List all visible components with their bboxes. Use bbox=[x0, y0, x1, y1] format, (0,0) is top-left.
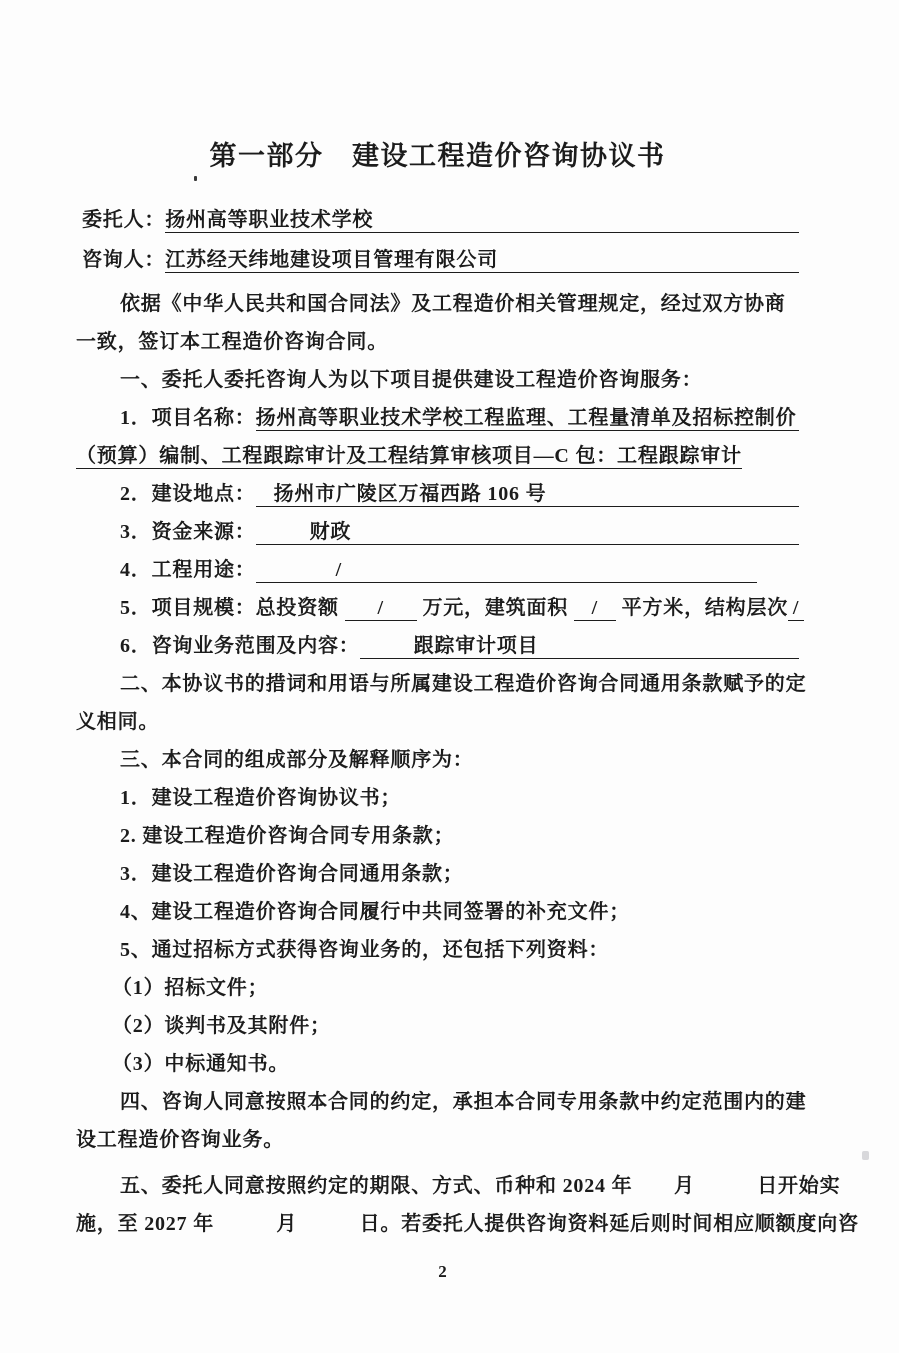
item-project-scale-blank-structure: / bbox=[788, 596, 804, 621]
section5-line-2: 施，至 2027 年 月 日。若委托人提供咨询资料延后则时间相应顺额度向咨 bbox=[76, 1205, 799, 1243]
item-project-name-value-2: （预算）编制、工程跟踪审计及工程结算审核项目—C 包：工程跟踪审计 bbox=[76, 444, 742, 469]
field-consultant: 咨询人： 江苏经天纬地建设项目管理有限公司 bbox=[82, 240, 799, 280]
item-service-scope-label: 6．咨询业务范围及内容： bbox=[120, 627, 360, 665]
item-service-scope-underline: 跟踪审计项目 bbox=[360, 634, 799, 659]
section2-line-2: 义相同。 bbox=[76, 703, 799, 741]
contract-body: 第一部分 建设工程造价咨询协议书 委托人： 扬州高等职业技术学校 咨询人： 江苏… bbox=[0, 0, 899, 1353]
field-client-value: 扬州高等职业技术学校 bbox=[165, 209, 373, 231]
section3-item-5: 5、通过招标方式获得咨询业务的，还包括下列资料： bbox=[120, 931, 799, 969]
item-project-scale-text-2: 万元，建筑面积 bbox=[422, 597, 568, 619]
item-project-scale-blank-area: / bbox=[574, 596, 616, 621]
item-funding-source: 3．资金来源： 财政 bbox=[120, 513, 799, 551]
item-project-name-label: 1．项目名称： bbox=[120, 399, 256, 437]
field-client-underline: 扬州高等职业技术学校 bbox=[165, 208, 799, 233]
item-location-value: 扬州市广陵区万福西路 106 号 bbox=[274, 483, 547, 505]
item-funding-source-value: 财政 bbox=[310, 521, 352, 543]
page-title: 第一部分 建设工程造价咨询协议书 bbox=[76, 136, 799, 176]
section2-line-1: 二、本协议书的措词和用语与所属建设工程造价咨询合同通用条款赋予的定 bbox=[120, 665, 799, 703]
item-project-name: 1．项目名称： 扬州高等职业技术学校工程监理、工程量清单及招标控制价 bbox=[120, 399, 799, 437]
field-consultant-label: 咨询人： bbox=[82, 240, 165, 280]
item-location-label: 2．建设地点： bbox=[120, 475, 256, 513]
section3-heading: 三、本合同的组成部分及解释顺序为： bbox=[120, 741, 799, 779]
item-project-scale-text-3: 平方米，结构层次 bbox=[622, 597, 788, 619]
section5-line-1: 五、委托人同意按照约定的期限、方式、币种和 2024 年 月 日开始实 bbox=[120, 1167, 799, 1205]
item-project-use-label: 4．工程用途： bbox=[120, 551, 256, 589]
section3-subitem-1: （1）招标文件； bbox=[112, 969, 799, 1007]
item-funding-source-underline: 财政 bbox=[256, 520, 799, 545]
item-project-name-continued: （预算）编制、工程跟踪审计及工程结算审核项目—C 包：工程跟踪审计 bbox=[76, 437, 799, 475]
item-project-name-underline: 扬州高等职业技术学校工程监理、工程量清单及招标控制价 bbox=[256, 406, 799, 431]
document-page: 第一部分 建设工程造价咨询协议书 委托人： 扬州高等职业技术学校 咨询人： 江苏… bbox=[0, 0, 899, 1353]
field-consultant-underline: 江苏经天纬地建设项目管理有限公司 bbox=[165, 248, 799, 273]
section3-subitem-2: （2）谈判书及其附件； bbox=[112, 1007, 799, 1045]
section3-item-4: 4、建设工程造价咨询合同履行中共同签署的补充文件； bbox=[120, 893, 799, 931]
item-project-scale-text-1: 总投资额 bbox=[256, 597, 339, 619]
intro-line-2: 一致，签订本工程造价咨询合同。 bbox=[76, 323, 799, 361]
item-project-use-value: / bbox=[336, 559, 342, 581]
section1-heading: 一、委托人委托咨询人为以下项目提供建设工程造价咨询服务： bbox=[120, 361, 799, 399]
field-client-label: 委托人： bbox=[82, 200, 165, 240]
page-number: 2 bbox=[0, 1262, 885, 1282]
item-project-scale-blank-investment: / bbox=[345, 596, 417, 621]
item-project-scale: 5．项目规模：总投资额 / 万元，建筑面积 / 平方米，结构层次/ bbox=[120, 589, 799, 627]
item-project-use: 4．工程用途： / bbox=[120, 551, 799, 589]
item-location: 2．建设地点： 扬州市广陵区万福西路 106 号 bbox=[120, 475, 799, 513]
section4-line-1: 四、咨询人同意按照本合同的约定，承担本合同专用条款中约定范围内的建 bbox=[120, 1083, 799, 1121]
section3-item-2: 2. 建设工程造价咨询合同专用条款； bbox=[120, 817, 799, 855]
item-service-scope: 6．咨询业务范围及内容： 跟踪审计项目 bbox=[120, 627, 799, 665]
item-project-use-underline: / bbox=[256, 558, 757, 583]
item-location-underline: 扬州市广陵区万福西路 106 号 bbox=[256, 482, 799, 507]
field-consultant-value: 江苏经天纬地建设项目管理有限公司 bbox=[165, 249, 498, 271]
item-funding-source-label: 3．资金来源： bbox=[120, 513, 256, 551]
item-project-scale-label: 5．项目规模： bbox=[120, 597, 256, 619]
intro-line-1: 依据《中华人民共和国合同法》及工程造价相关管理规定，经过双方协商 bbox=[120, 285, 799, 323]
section3-subitem-3: （3）中标通知书。 bbox=[112, 1045, 799, 1083]
field-client: 委托人： 扬州高等职业技术学校 bbox=[82, 200, 799, 240]
item-service-scope-value: 跟踪审计项目 bbox=[414, 635, 539, 657]
section4-line-2: 设工程造价咨询业务。 bbox=[76, 1121, 799, 1159]
section3-item-1: 1．建设工程造价咨询协议书； bbox=[120, 779, 799, 817]
section3-item-3: 3．建设工程造价咨询合同通用条款； bbox=[120, 855, 799, 893]
item-project-name-value-1: 扬州高等职业技术学校工程监理、工程量清单及招标控制价 bbox=[256, 407, 797, 429]
